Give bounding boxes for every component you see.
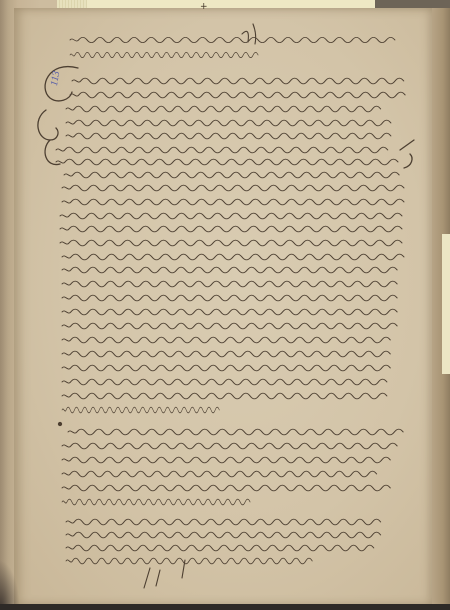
paragraph-4 [66,519,381,588]
paragraph-3 [58,422,403,504]
paragraph-header [70,24,395,58]
paragraph-main [56,78,405,413]
manuscript-scan: + 113 early modern secretary hand (Spani… [0,0,450,610]
handwritten-text [0,0,450,610]
page-header-mark: + [200,2,208,12]
